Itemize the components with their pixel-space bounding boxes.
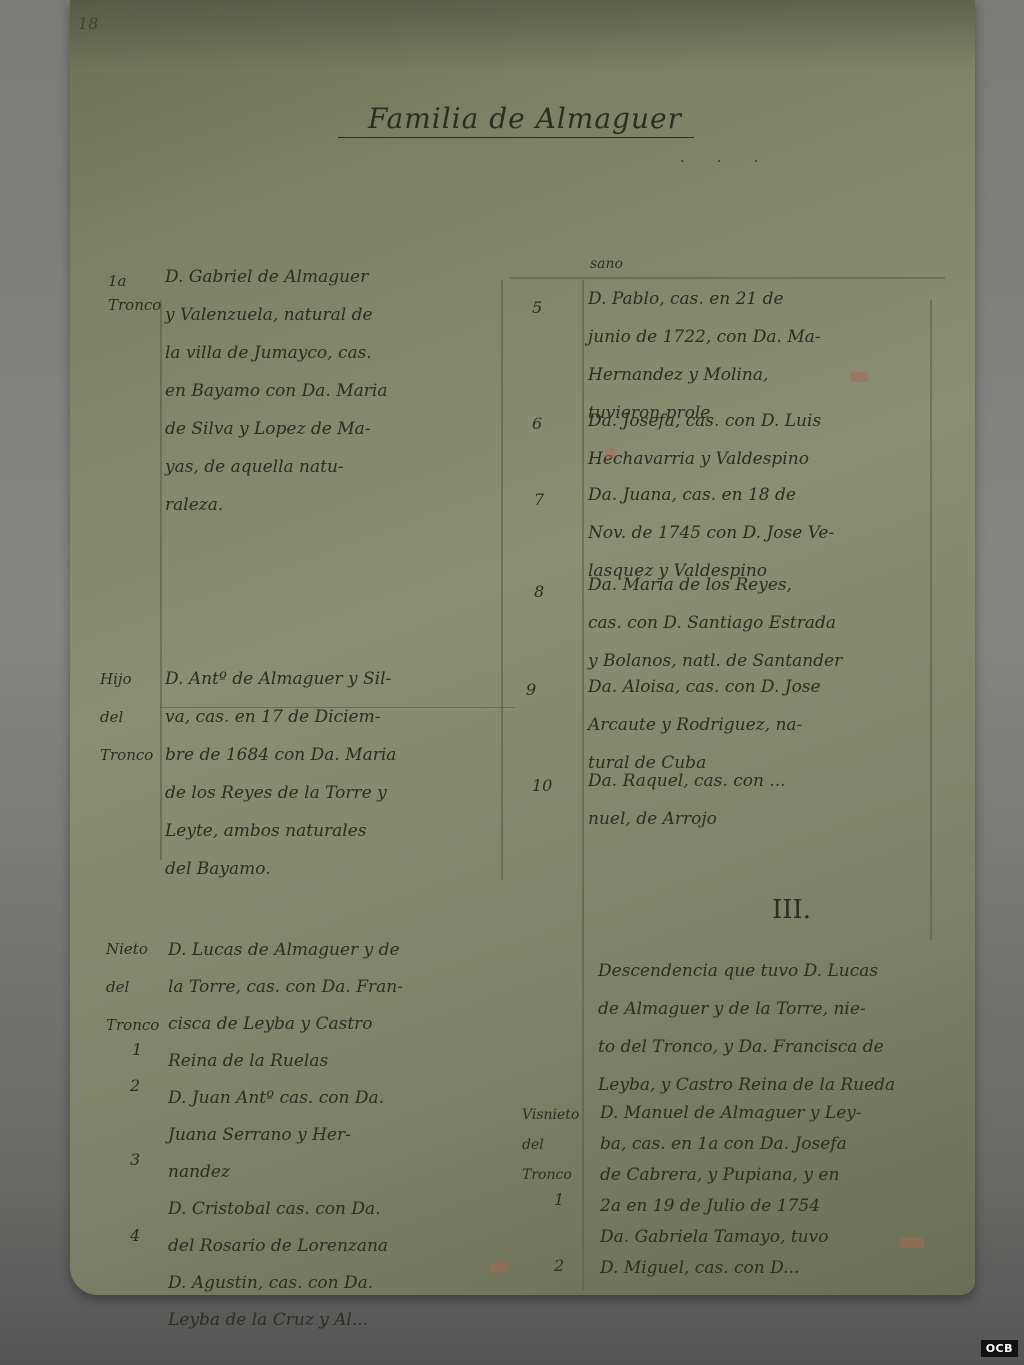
child-number-9: 9 <box>526 680 536 699</box>
entry-8: Da. Maria de los Reyes, cas. con D. Sant… <box>588 566 842 680</box>
right-column-rule <box>930 300 932 940</box>
child-number-1: 1 <box>132 1040 142 1059</box>
child-number-7: 7 <box>534 490 544 509</box>
page-shadow <box>70 0 975 70</box>
grandchild-number-1: 1 <box>554 1190 564 1209</box>
ink-stain <box>850 372 868 382</box>
ink-stain <box>605 448 615 458</box>
child-number-3: 3 <box>130 1150 140 1169</box>
document-title: Familia de Almaguer <box>338 102 694 138</box>
child-number-4: 4 <box>130 1226 140 1245</box>
entry-nieto: D. Lucas de Almaguer y de la Torre, cas.… <box>168 932 403 1339</box>
page-number: 18 <box>78 14 98 33</box>
manuscript-page: 18 Familia de Almaguer . . . 1a Tronco D… <box>70 0 975 1295</box>
center-rule-left <box>501 280 503 880</box>
center-rule-right <box>582 280 584 1290</box>
child-number-10: 10 <box>532 776 552 795</box>
ocb-watermark: OCB <box>981 1340 1018 1357</box>
entry-hijo: D. Antº de Almaguer y Sil- va, cas. en 1… <box>165 660 396 888</box>
entry-tronco: D. Gabriel de Almaguer y Valenzuela, nat… <box>165 258 387 524</box>
entry-10: Da. Raquel, cas. con ... nuel, de Arrojo <box>588 762 786 838</box>
section-numeral: III. <box>772 895 811 925</box>
title-dots: . . . <box>680 150 772 166</box>
child-number-8: 8 <box>534 582 544 601</box>
margin-label-visnieto: Visnieto del Tronco <box>522 1100 579 1190</box>
grandchild-number-2: 2 <box>554 1256 564 1275</box>
right-top-fragment: sano <box>590 245 623 283</box>
child-number-5: 5 <box>532 298 542 317</box>
left-column-rule <box>160 300 162 860</box>
top-rule-right <box>510 277 945 279</box>
margin-label-hijo: Hijo del Tronco <box>100 660 153 774</box>
section-iii-heading: Descendencia que tuvo D. Lucas de Almagu… <box>598 952 895 1104</box>
ink-stain <box>490 1262 508 1272</box>
ink-stain <box>900 1238 924 1248</box>
child-number-6: 6 <box>532 414 542 433</box>
entry-visnieto: D. Manuel de Almaguer y Ley- ba, cas. en… <box>600 1098 862 1284</box>
child-number-2: 2 <box>130 1076 140 1095</box>
margin-label-nieto: Nieto del Tronco <box>106 930 159 1044</box>
entry-6: Da. Josefa, cas. con D. Luis Hechavarria… <box>588 402 821 478</box>
margin-label-tronco: 1a Tronco <box>108 262 161 324</box>
